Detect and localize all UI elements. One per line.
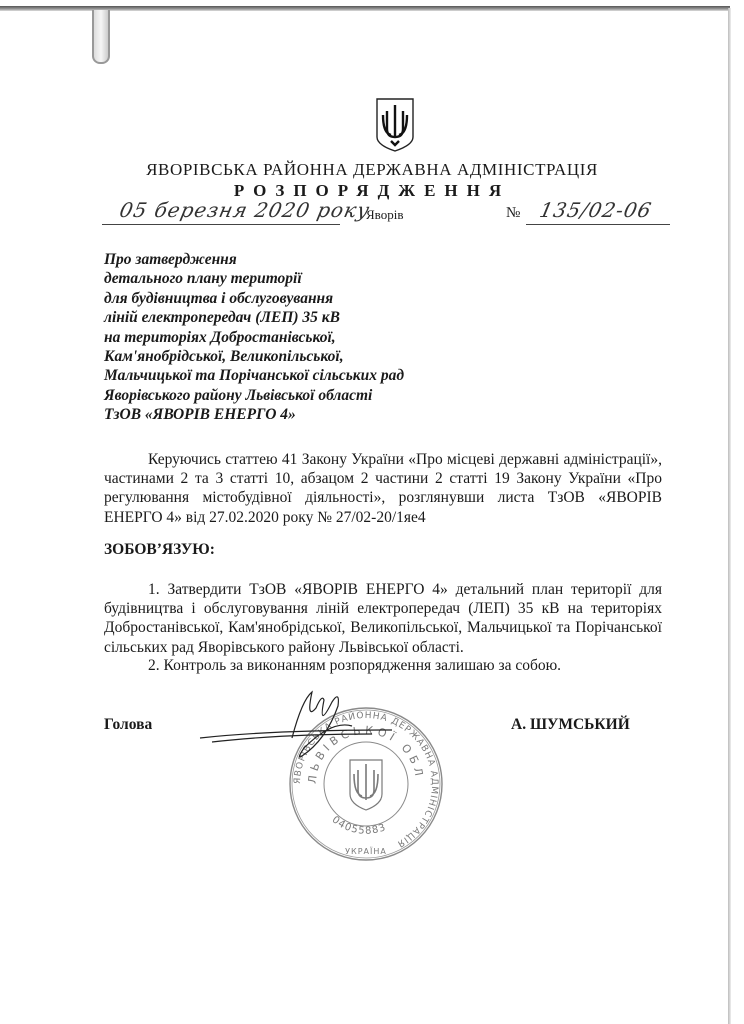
stamp-country: УКРАЇНА bbox=[345, 846, 387, 856]
order-item-2: 2. Контроль за виконанням розпорядження … bbox=[104, 656, 662, 675]
number-sign: № bbox=[506, 205, 520, 222]
subject-line: Мальчицької та Порічанської сільських ра… bbox=[104, 366, 404, 385]
stamp-code: 04055883 bbox=[330, 814, 388, 836]
order-item-text: 2. Контроль за виконанням розпорядження … bbox=[148, 657, 561, 674]
subject-heading: Про затвердження детального плану терито… bbox=[104, 250, 404, 425]
organization-name: ЯВОРІВСЬКА РАЙОННА ДЕРЖАВНА АДМІНІСТРАЦІ… bbox=[0, 160, 744, 180]
subject-line: Про затвердження bbox=[104, 250, 404, 269]
subject-line: на територіях Добростанівської, bbox=[104, 328, 404, 347]
subject-line: Кам'янобрідської, Великопільської, bbox=[104, 347, 404, 366]
subject-line: ТзОВ «ЯВОРІВ ЕНЕРГО 4» bbox=[104, 405, 404, 424]
handwritten-number: 135/02-06 bbox=[537, 198, 654, 222]
subject-line: детального плану території bbox=[104, 269, 404, 288]
signatory-name: А. ШУМСЬКИЙ bbox=[511, 716, 630, 734]
date-underline bbox=[102, 224, 340, 225]
order-heading: ЗОБОВ’ЯЗУЮ: bbox=[104, 541, 215, 559]
signatory-position: Голова bbox=[104, 716, 152, 734]
order-item-1: 1. Затвердити ТзОВ «ЯВОРІВ ЕНЕРГО 4» дет… bbox=[104, 580, 662, 657]
order-item-text: 1. Затвердити ТзОВ «ЯВОРІВ ЕНЕРГО 4» дет… bbox=[104, 581, 662, 656]
handwritten-signature bbox=[192, 690, 412, 760]
preamble-paragraph: Керуючись статтею 41 Закону України «Про… bbox=[104, 450, 662, 527]
subject-line: Яворівського району Львівської області bbox=[104, 386, 404, 405]
city-name: Яворів bbox=[366, 207, 403, 223]
subject-line: ліній електропередач (ЛЕП) 35 кВ bbox=[104, 308, 404, 327]
handwritten-date: 05 березня 2020 року bbox=[117, 198, 372, 222]
number-underline bbox=[526, 224, 670, 225]
preamble-text: Керуючись статтею 41 Закону України «Про… bbox=[104, 451, 662, 526]
svg-text:04055883: 04055883 bbox=[330, 814, 388, 836]
ukraine-coat-of-arms-icon bbox=[375, 97, 415, 153]
paperclip-shadow bbox=[92, 10, 110, 64]
subject-line: для будівництва і обслуговування bbox=[104, 289, 404, 308]
